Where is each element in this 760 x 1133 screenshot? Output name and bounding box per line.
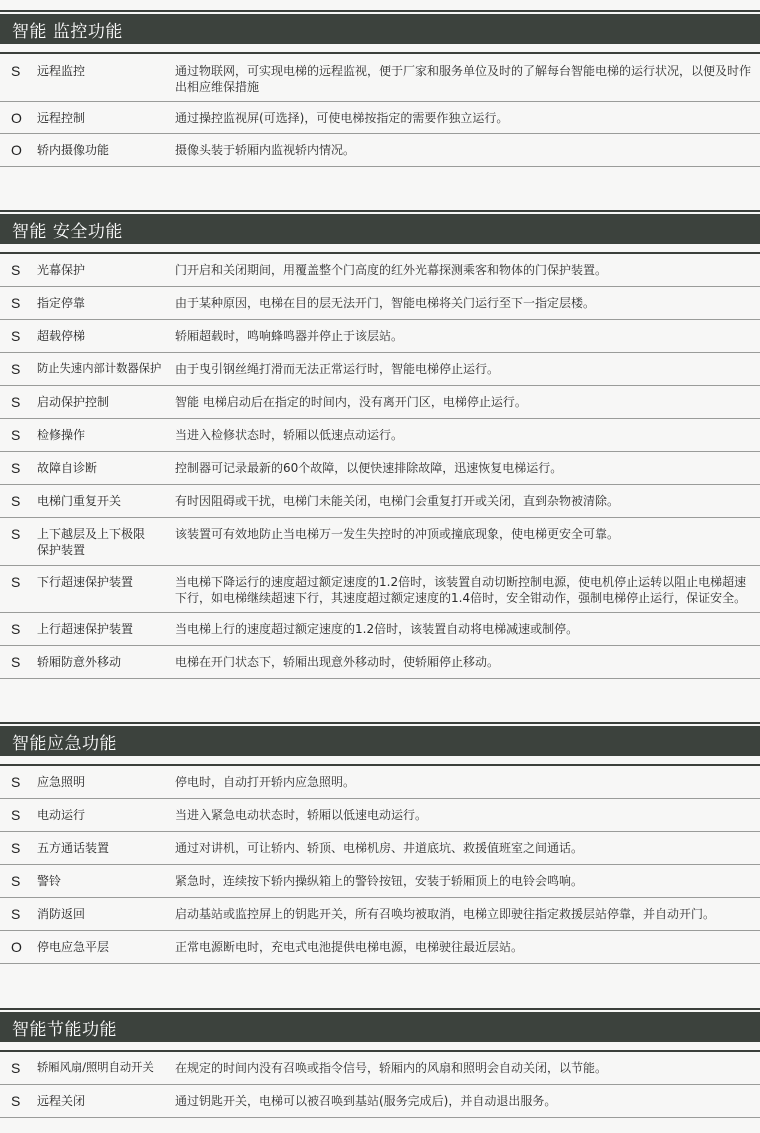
section-header: 智能应急功能 [0, 722, 760, 766]
feature-mark: S [0, 427, 37, 443]
feature-mark: O [0, 142, 37, 158]
feature-desc: 摄像头装于轿厢内监视轿内情况。 [175, 142, 760, 158]
section-header: 智能节能功能 [0, 1008, 760, 1052]
feature-mark: S [0, 63, 37, 79]
section-emergency: 智能应急功能 S 应急照明 停电时，自动打开轿内应急照明。 S 电动运行 当进入… [0, 722, 760, 964]
feature-mark: S [0, 774, 37, 790]
feature-row: S 故障自诊断 控制器可记录最新的60个故障，以便快速排除故障，迅速恢复电梯运行… [0, 452, 760, 485]
section-title: 智能节能功能 [12, 1015, 117, 1040]
feature-name: 电动运行 [37, 807, 175, 823]
section-header-bar: 智能应急功能 [0, 726, 760, 756]
section-title: 智能 监控功能 [12, 17, 123, 42]
section-header-bar: 智能 监控功能 [0, 14, 760, 44]
feature-desc: 当进入紧急电动状态时，轿厢以低速电动运行。 [175, 807, 760, 823]
feature-name: 防止失速内部计数器保护 [37, 361, 175, 377]
feature-name: 下行超速保护装置 [37, 574, 175, 590]
feature-row: O 轿内摄像功能 摄像头装于轿厢内监视轿内情况。 [0, 134, 760, 167]
feature-mark: S [0, 574, 37, 590]
feature-mark: S [0, 621, 37, 637]
section-header: 智能 安全功能 [0, 210, 760, 254]
feature-desc: 智能 电梯启动后在指定的时间内，没有离开门区，电梯停止运行。 [175, 394, 760, 410]
feature-name: 停电应急平层 [37, 939, 175, 955]
feature-desc: 当电梯下降运行的速度超过额定速度的1.2倍时，该装置自动切断控制电源，使电机停止… [175, 574, 760, 606]
feature-name: 检修操作 [37, 427, 175, 443]
feature-desc: 控制器可记录最新的60个故障，以便快速排除故障，迅速恢复电梯运行。 [175, 460, 760, 476]
feature-name: 远程关闭 [37, 1093, 175, 1109]
feature-name: 超载停梯 [37, 328, 175, 344]
feature-desc: 正常电源断电时，充电式电池提供电梯电源，电梯驶往最近层站。 [175, 939, 760, 955]
feature-desc: 该装置可有效地防止当电梯万一发生失控时的冲顶或撞底现象，使电梯更安全可靠。 [175, 526, 760, 542]
section-energy-saving: 智能节能功能 S 轿厢风扇/照明自动开关 在规定的时间内没有召唤或指令信号，轿厢… [0, 1008, 760, 1118]
feature-name: 消防返回 [37, 906, 175, 922]
feature-name: 轿厢风扇/照明自动开关 [37, 1060, 175, 1076]
section-header-bar: 智能节能功能 [0, 1012, 760, 1042]
feature-name: 警铃 [37, 873, 175, 889]
feature-mark: S [0, 526, 37, 542]
feature-mark: S [0, 654, 37, 670]
feature-mark: S [0, 295, 37, 311]
feature-desc: 由于曳引钢丝绳打滑而无法正常运行时，智能电梯停止运行。 [175, 361, 760, 377]
feature-desc: 轿厢超载时，鸣响蜂鸣器并停止于该层站。 [175, 328, 760, 344]
feature-mark: S [0, 460, 37, 476]
feature-mark: S [0, 328, 37, 344]
feature-row: S 轿厢风扇/照明自动开关 在规定的时间内没有召唤或指令信号，轿厢内的风扇和照明… [0, 1052, 760, 1085]
feature-desc: 通过物联网，可实现电梯的远程监视，便于厂家和服务单位及时的了解每台智能电梯的运行… [175, 63, 760, 95]
feature-name: 远程控制 [37, 110, 175, 126]
feature-mark: S [0, 807, 37, 823]
feature-row: S 防止失速内部计数器保护 由于曳引钢丝绳打滑而无法正常运行时，智能电梯停止运行… [0, 353, 760, 386]
feature-mark: S [0, 906, 37, 922]
feature-row: S 五方通话装置 通过对讲机，可让轿内、轿顶、电梯机房、井道底坑、救援值班室之间… [0, 832, 760, 865]
feature-row: S 应急照明 停电时，自动打开轿内应急照明。 [0, 766, 760, 799]
feature-desc: 通过钥匙开关，电梯可以被召唤到基站(服务完成后)，并自动退出服务。 [175, 1093, 760, 1109]
feature-row: S 远程关闭 通过钥匙开关，电梯可以被召唤到基站(服务完成后)，并自动退出服务。 [0, 1085, 760, 1118]
feature-row: S 下行超速保护装置 当电梯下降运行的速度超过额定速度的1.2倍时，该装置自动切… [0, 566, 760, 613]
feature-mark: O [0, 110, 37, 126]
feature-name: 光幕保护 [37, 262, 175, 278]
feature-desc: 当电梯上行的速度超过额定速度的1.2倍时，该装置自动将电梯减速或制停。 [175, 621, 760, 637]
section-safety: 智能 安全功能 S 光幕保护 门开启和关闭期间，用覆盖整个门高度的红外光幕探测乘… [0, 210, 760, 679]
feature-mark: S [0, 873, 37, 889]
feature-row: S 光幕保护 门开启和关闭期间，用覆盖整个门高度的红外光幕探测乘客和物体的门保护… [0, 254, 760, 287]
feature-mark: S [0, 1060, 37, 1076]
section-header: 智能 监控功能 [0, 10, 760, 54]
feature-row: S 消防返回 启动基站或监控屏上的钥匙开关，所有召唤均被取消，电梯立即驶往指定救… [0, 898, 760, 931]
feature-desc: 在规定的时间内没有召唤或指令信号，轿厢内的风扇和照明会自动关闭，以节能。 [175, 1060, 760, 1076]
feature-mark: S [0, 262, 37, 278]
feature-desc: 当进入检修状态时，轿厢以低速点动运行。 [175, 427, 760, 443]
section-title: 智能 安全功能 [12, 217, 123, 242]
feature-desc: 通过对讲机，可让轿内、轿顶、电梯机房、井道底坑、救援值班室之间通话。 [175, 840, 760, 856]
feature-row: S 启动保护控制 智能 电梯启动后在指定的时间内，没有离开门区，电梯停止运行。 [0, 386, 760, 419]
feature-mark: S [0, 394, 37, 410]
feature-row: S 电动运行 当进入紧急电动状态时，轿厢以低速电动运行。 [0, 799, 760, 832]
feature-row: O 停电应急平层 正常电源断电时，充电式电池提供电梯电源，电梯驶往最近层站。 [0, 931, 760, 964]
feature-row: S 上行超速保护装置 当电梯上行的速度超过额定速度的1.2倍时，该装置自动将电梯… [0, 613, 760, 646]
feature-desc: 有时因阻碍或干扰，电梯门未能关闭，电梯门会重复打开或关闭，直到杂物被清除。 [175, 493, 760, 509]
feature-name: 指定停靠 [37, 295, 175, 311]
feature-name: 上下越层及上下极限保护装置 [37, 526, 147, 558]
feature-mark: S [0, 840, 37, 856]
feature-name: 应急照明 [37, 774, 175, 790]
feature-desc: 启动基站或监控屏上的钥匙开关，所有召唤均被取消，电梯立即驶往指定救援层站停靠，并… [175, 906, 760, 922]
feature-name: 轿内摄像功能 [37, 142, 175, 158]
feature-row: S 电梯门重复开关 有时因阻碍或干扰，电梯门未能关闭，电梯门会重复打开或关闭，直… [0, 485, 760, 518]
feature-mark: S [0, 361, 37, 377]
feature-row: S 警铃 紧急时，连续按下轿内操纵箱上的警铃按钮，安装于轿厢顶上的电铃会鸣响。 [0, 865, 760, 898]
feature-name: 上行超速保护装置 [37, 621, 175, 637]
feature-desc: 门开启和关闭期间，用覆盖整个门高度的红外光幕探测乘客和物体的门保护装置。 [175, 262, 760, 278]
feature-name: 五方通话装置 [37, 840, 175, 856]
feature-name: 故障自诊断 [37, 460, 175, 476]
section-header-bar: 智能 安全功能 [0, 214, 760, 244]
feature-desc: 停电时，自动打开轿内应急照明。 [175, 774, 760, 790]
feature-row: S 超载停梯 轿厢超载时，鸣响蜂鸣器并停止于该层站。 [0, 320, 760, 353]
feature-name: 远程监控 [37, 63, 175, 79]
feature-name: 启动保护控制 [37, 394, 175, 410]
section-monitoring: 智能 监控功能 S 远程监控 通过物联网，可实现电梯的远程监视，便于厂家和服务单… [0, 10, 760, 167]
feature-row: S 上下越层及上下极限保护装置 该装置可有效地防止当电梯万一发生失控时的冲顶或撞… [0, 518, 760, 566]
feature-desc: 通过操控监视屏(可选择)，可使电梯按指定的需要作独立运行。 [175, 110, 760, 126]
feature-mark: S [0, 1093, 37, 1109]
feature-name: 轿厢防意外移动 [37, 654, 175, 670]
feature-desc: 紧急时，连续按下轿内操纵箱上的警铃按钮，安装于轿厢顶上的电铃会鸣响。 [175, 873, 760, 889]
feature-row: S 远程监控 通过物联网，可实现电梯的远程监视，便于厂家和服务单位及时的了解每台… [0, 54, 760, 102]
feature-desc: 电梯在开门状态下，轿厢出现意外移动时，使轿厢停止移动。 [175, 654, 760, 670]
feature-row: S 轿厢防意外移动 电梯在开门状态下，轿厢出现意外移动时，使轿厢停止移动。 [0, 646, 760, 679]
section-title: 智能应急功能 [12, 729, 117, 754]
feature-row: S 指定停靠 由于某种原因，电梯在目的层无法开门，智能电梯将关门运行至下一指定层… [0, 287, 760, 320]
feature-row: O 远程控制 通过操控监视屏(可选择)，可使电梯按指定的需要作独立运行。 [0, 102, 760, 134]
feature-name: 电梯门重复开关 [37, 493, 175, 509]
feature-mark: O [0, 939, 37, 955]
feature-row: S 检修操作 当进入检修状态时，轿厢以低速点动运行。 [0, 419, 760, 452]
feature-mark: S [0, 493, 37, 509]
feature-desc: 由于某种原因，电梯在目的层无法开门，智能电梯将关门运行至下一指定层楼。 [175, 295, 760, 311]
